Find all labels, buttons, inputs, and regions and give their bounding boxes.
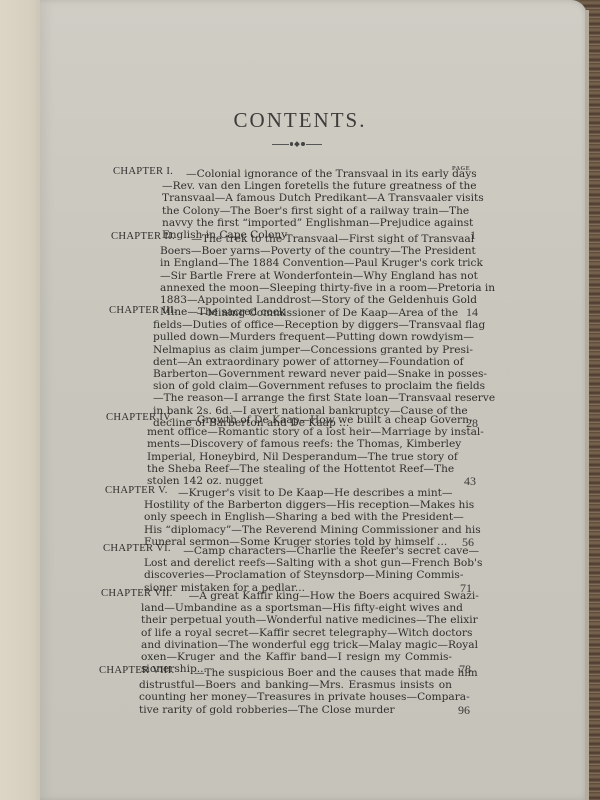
chapter-summary-line: and divination—The wonderful egg trick—M…	[141, 639, 452, 651]
chapter-summary-line: 1883—Appointed Landdrost—Story of the Ge…	[160, 294, 455, 306]
chapter-summary-line: Barberton—Government reward never paid—S…	[153, 368, 454, 380]
chapter-summary-line: annexed the moon—Sleeping thirty-five in…	[160, 282, 455, 294]
chapter-summary-line: —Rev. van den Lingen foretells the futur…	[162, 180, 455, 192]
chapter-summary-line: pulled down—Murders frequent—Putting dow…	[153, 331, 454, 343]
chapter-summary-line: navvy the first “imported” Englishman—Pr…	[162, 217, 455, 229]
chapter-summary-line: —Kruger's visit to De Kaap—He describes …	[178, 487, 452, 499]
chapter-summary-line: —The reason—I arrange the first State lo…	[153, 392, 454, 404]
chapter-summary-line: —The trek to the Transvaal—First sight o…	[191, 233, 455, 245]
chapter-summary-line: the Sheba Reef—The stealing of the Hotte…	[147, 463, 453, 475]
chapter-summary-line: ments—Discovery of famous reefs: the Tho…	[147, 438, 453, 450]
chapter-label: CHAPTER IV.	[106, 412, 173, 424]
chapter-summary-line: —The suspicious Boer and the causes that…	[194, 667, 452, 679]
chapter-summary-line: their perpetual youth—Wonderful native m…	[141, 614, 452, 626]
chapter-summary-line: distrustful—Boers and banking—Mrs. Erasm…	[139, 679, 452, 691]
chapter-label: CHAPTER VII.	[101, 588, 173, 600]
chapter-label: CHAPTER V.	[105, 485, 168, 497]
chapter-summary-line: —Mining Commissioner of De Kaap—Area of …	[197, 307, 454, 319]
chapter-summary-line: discoveries—Proclamation of Steynsdorp—M…	[144, 569, 452, 581]
chapter-summary-line: ment office—Romantic story of a lost hei…	[147, 426, 453, 438]
chapter-summary-line: —Growth of De Kaap—How we built a cheap …	[186, 414, 453, 426]
page-number: 96	[458, 703, 470, 718]
chapter-summary-line: counting her money—Treasures in private …	[139, 691, 452, 703]
chapter-summary-line: Boers—Boer yarns—Poverty of the country—…	[160, 245, 455, 257]
chapter-summary-line: of life a royal secret—Kaffir secret tel…	[141, 627, 452, 639]
chapter-summary-line: oxen—Kruger and the Kaffir band—I resign…	[141, 651, 452, 663]
chapter-summary-line: —Sir Bartle Frere at Wonderfontein—Why E…	[160, 270, 455, 282]
chapter-summary-line: the Colony—The Boer's first sight of a r…	[162, 205, 455, 217]
chapter-label: CHAPTER I.	[113, 166, 173, 178]
chapter-summary-line: Nelmapius as claim jumper—Concessions gr…	[153, 344, 454, 356]
chapter-summary-line: land—Umbandine as a sportsman—His fifty-…	[141, 602, 452, 614]
chapter-summary-line: Lost and derelict reefs—Salting with a s…	[144, 557, 452, 569]
chapter-summary-line: —Colonial ignorance of the Transvaal in …	[186, 168, 455, 180]
chapter-summary-line: fields—Duties of office—Reception by dig…	[153, 319, 454, 331]
page-number: 14	[466, 305, 478, 320]
chapter-summary-line: Hostility of the Barberton diggers—His r…	[144, 499, 452, 511]
chapter-summary-line: —A great Kaffir king—How the Boers acqui…	[189, 590, 452, 602]
chapter-label: CHAPTER VI.	[103, 543, 171, 555]
chapter-summary-line: only speech in English—Sharing a bed wit…	[144, 511, 452, 523]
chapter-summary-line: Imperial, Honeybird, Nil Desperandum—The…	[147, 451, 453, 463]
chapter-summary-line: Transvaal—A famous Dutch Predikant—A Tra…	[162, 192, 455, 204]
page-number: 43	[464, 474, 476, 489]
chapter-summary-line: —Camp characters—Charlie the Reefer's se…	[183, 545, 452, 557]
chapter-summary-line: tive rarity of gold robberies—The Close …	[139, 704, 395, 716]
chapter-summary-line: in England—The 1884 Convention—Paul Krug…	[160, 257, 455, 269]
chapter-summary-line: sion of gold claim—Government refuses to…	[153, 380, 454, 392]
chapter-summary-line: dent—An extraordinary power of attorney—…	[153, 356, 454, 368]
chapter-label: CHAPTER III.	[109, 305, 177, 317]
chapter-label: CHAPTER II.	[111, 231, 175, 243]
chapter-label: CHAPTER VIII.	[99, 665, 175, 677]
table-of-contents: CHAPTER I.—Colonial ignorance of the Tra…	[0, 0, 600, 800]
chapter-summary-line: His “diplomacy”—The Reverend Mining Comm…	[144, 524, 452, 536]
